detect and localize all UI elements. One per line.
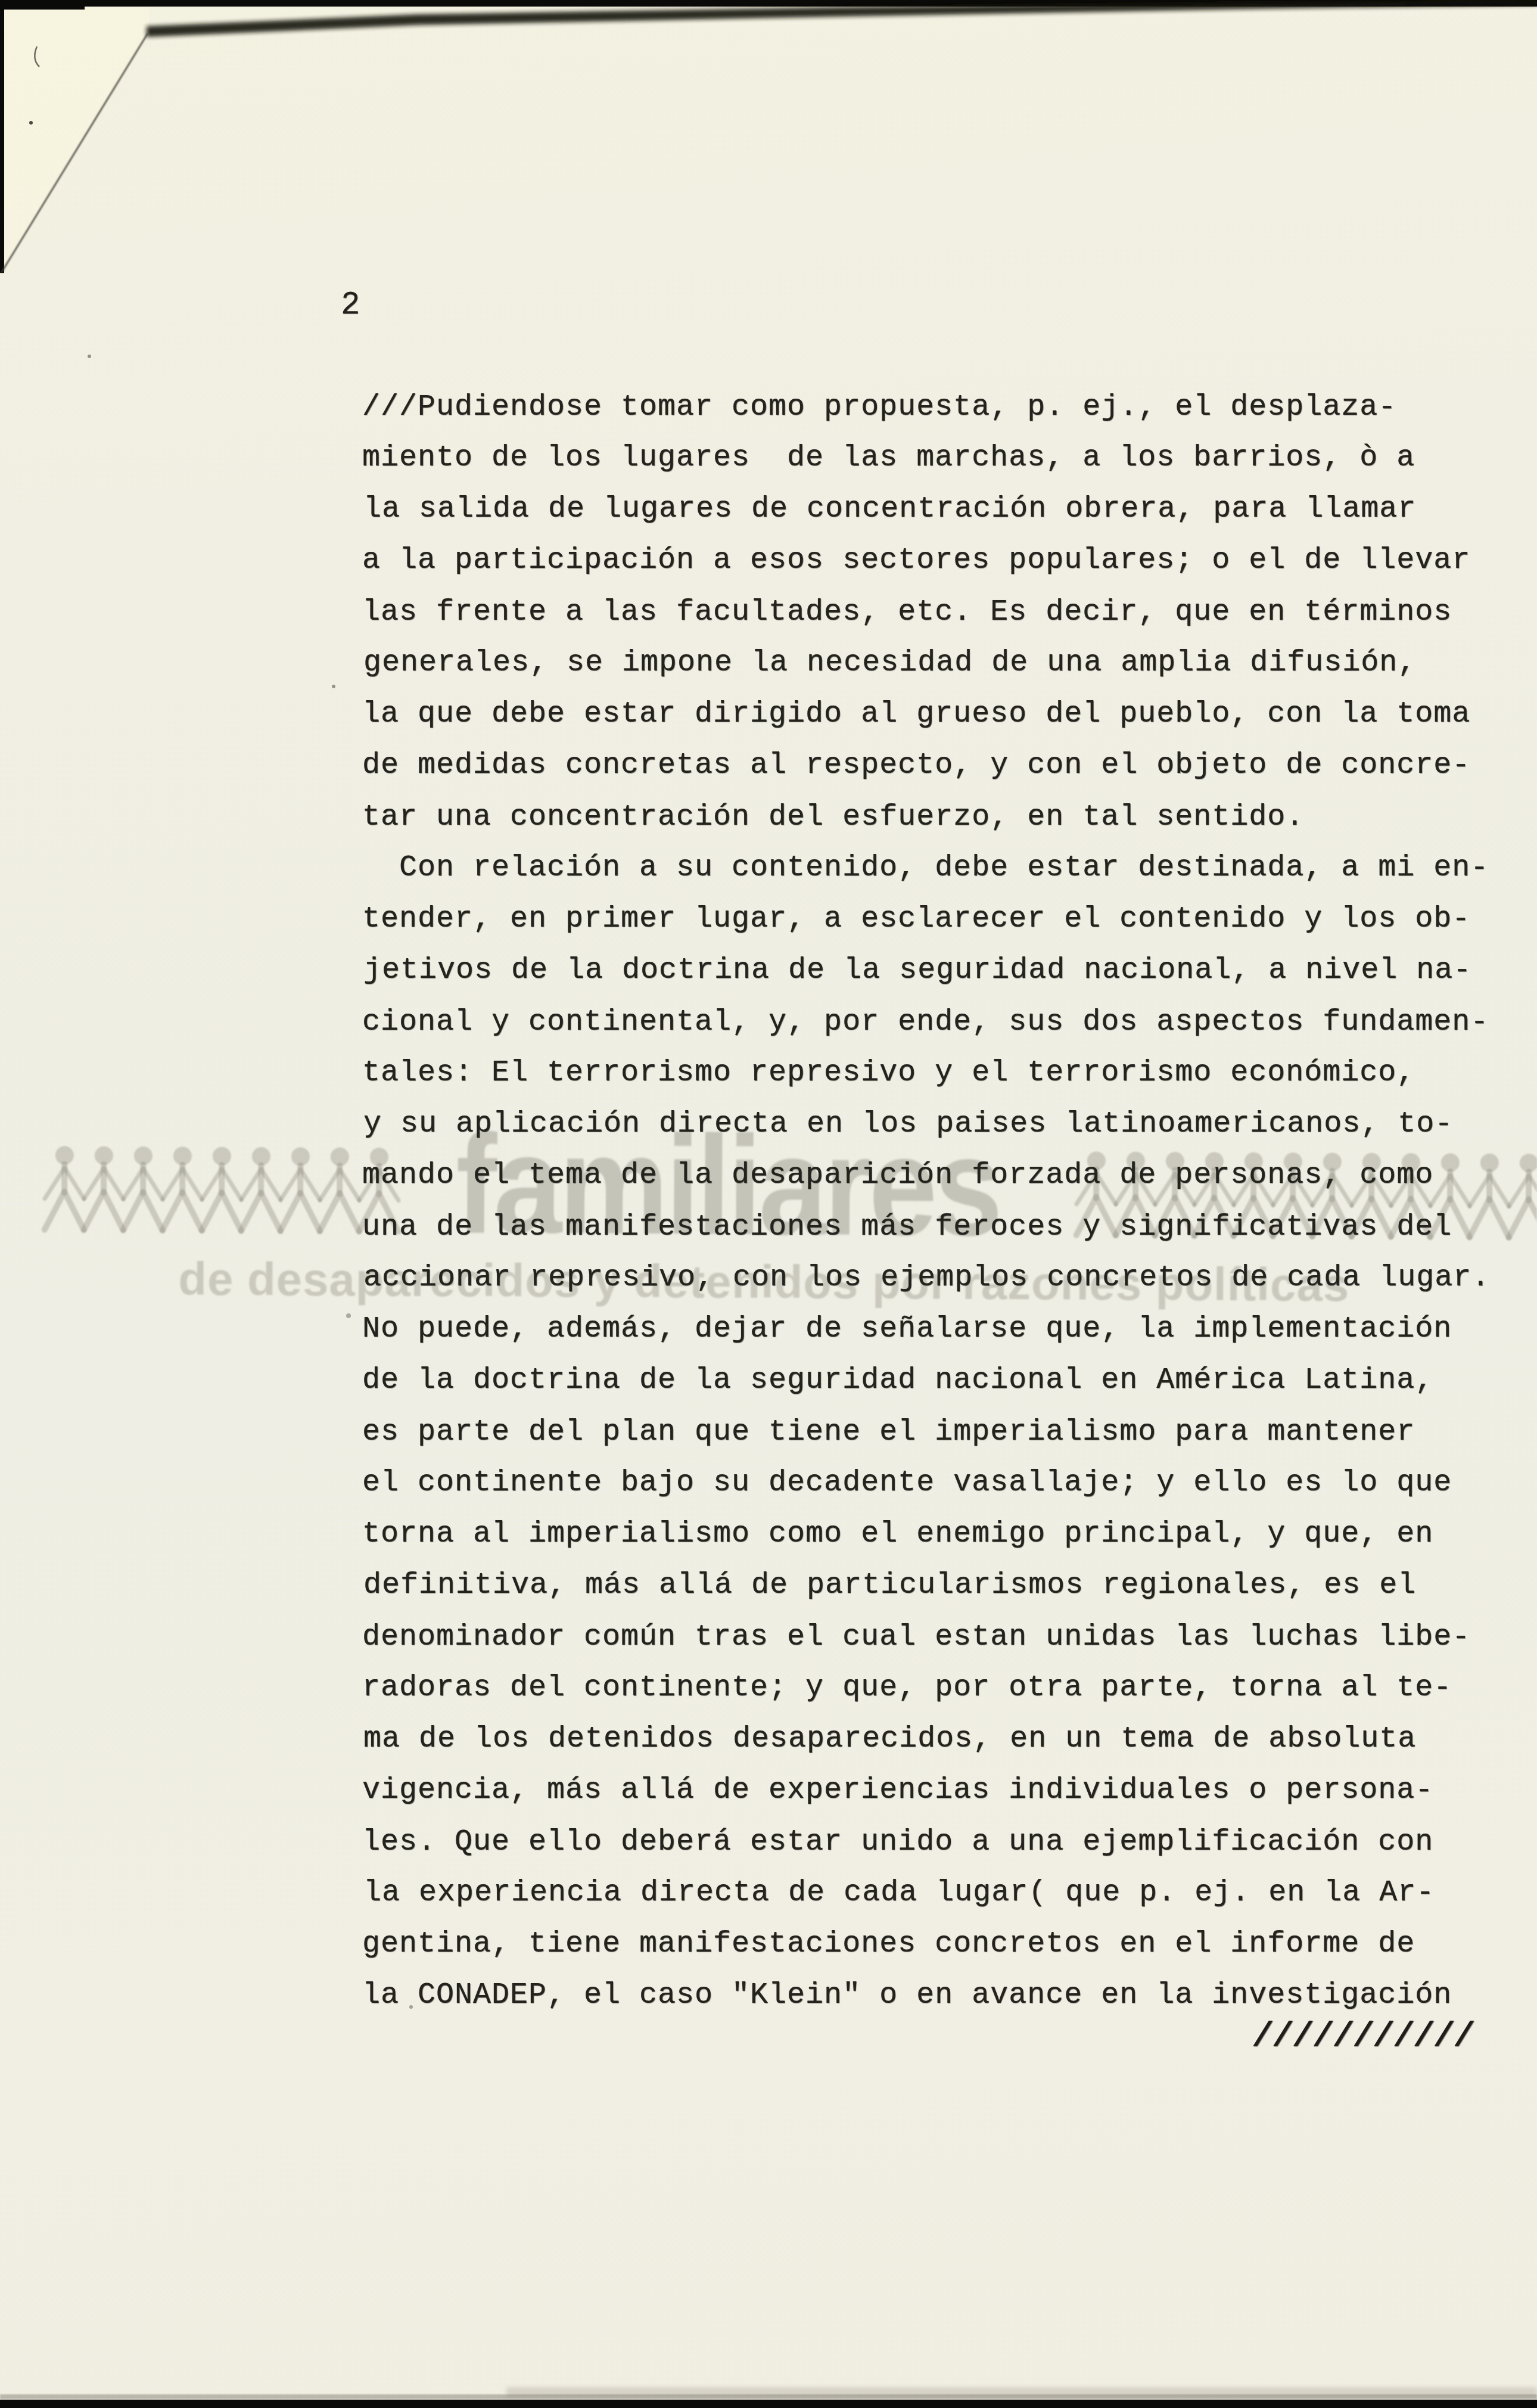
text-line: y su aplicación directa en los paises la… — [363, 1099, 1495, 1150]
text-line: mando el tema de la desaparición forzada… — [362, 1150, 1494, 1201]
paper-page: familiares de desaparecidos y detenidos … — [0, 0, 1537, 2408]
text-line: la que debe estar dirigido al grueso del… — [362, 689, 1494, 740]
text-line: Con relación a su contenido, debe estar … — [362, 843, 1494, 894]
text-line: la salida de lugares de concentración ob… — [363, 484, 1495, 535]
text-line: les. Que ello deberá estar unido a una e… — [362, 1817, 1494, 1868]
text-line: cional y continental, y, por ende, sus d… — [362, 997, 1494, 1048]
text-line: una de las manifestaciones más feroces y… — [362, 1202, 1494, 1253]
text-line: la experiencia directa de cada lugar( qu… — [363, 1868, 1495, 1919]
text-line: vigencia, más allá de experiencias indiv… — [362, 1765, 1494, 1816]
typewritten-text: ///Pudiendose tomar como propuesta, p. e… — [362, 381, 1494, 2021]
text-line: accionar represivo, con los ejemplos con… — [363, 1253, 1495, 1304]
continuation-marks: /////////// — [1251, 2018, 1475, 2056]
text-line: ma de los detenidos desaparecidos, en un… — [363, 1714, 1495, 1765]
text-line: las frente a las facultades, etc. Es dec… — [362, 587, 1494, 638]
text-line: de medidas concretas al respecto, y con … — [362, 740, 1494, 791]
text-line: de la doctrina de la seguridad nacional … — [362, 1355, 1494, 1406]
text-line: tales: El terrorismo represivo y el terr… — [362, 1048, 1494, 1099]
text-line: jetivos de la doctrina de la seguridad n… — [363, 945, 1495, 996]
text-line: a la participación a esos sectores popul… — [362, 535, 1494, 586]
text-line: es parte del plan que tiene el imperiali… — [362, 1407, 1494, 1458]
scanned-document: { "document": { "page_number": "2", "lin… — [0, 0, 1537, 2408]
text-line: No puede, además, dejar de señalarse que… — [362, 1304, 1494, 1355]
text-line: torna al imperialismo como el enemigo pr… — [362, 1509, 1494, 1560]
text-line: gentina, tiene manifestaciones concretos… — [362, 1919, 1494, 1970]
text-line: radoras del continente; y que, por otra … — [362, 1663, 1494, 1714]
text-line: definitiva, más allá de particularismos … — [363, 1560, 1495, 1611]
text-line: miento de los lugares de las marchas, a … — [362, 433, 1494, 484]
page-number: 2 — [341, 287, 360, 324]
text-line: tender, en primer lugar, a esclarecer el… — [362, 894, 1494, 945]
text-line: tar una concentración del esfuerzo, en t… — [362, 792, 1494, 843]
text-line: generales, se impone la necesidad de una… — [363, 638, 1495, 689]
text-line: denominador común tras el cual estan uni… — [362, 1612, 1494, 1663]
text-line: ///Pudiendose tomar como propuesta, p. e… — [362, 382, 1494, 433]
text-line: el continente bajo su decadente vasallaj… — [362, 1458, 1494, 1509]
text-line: la CONADEP, el caso "Klein" o en avance … — [362, 1970, 1494, 2021]
